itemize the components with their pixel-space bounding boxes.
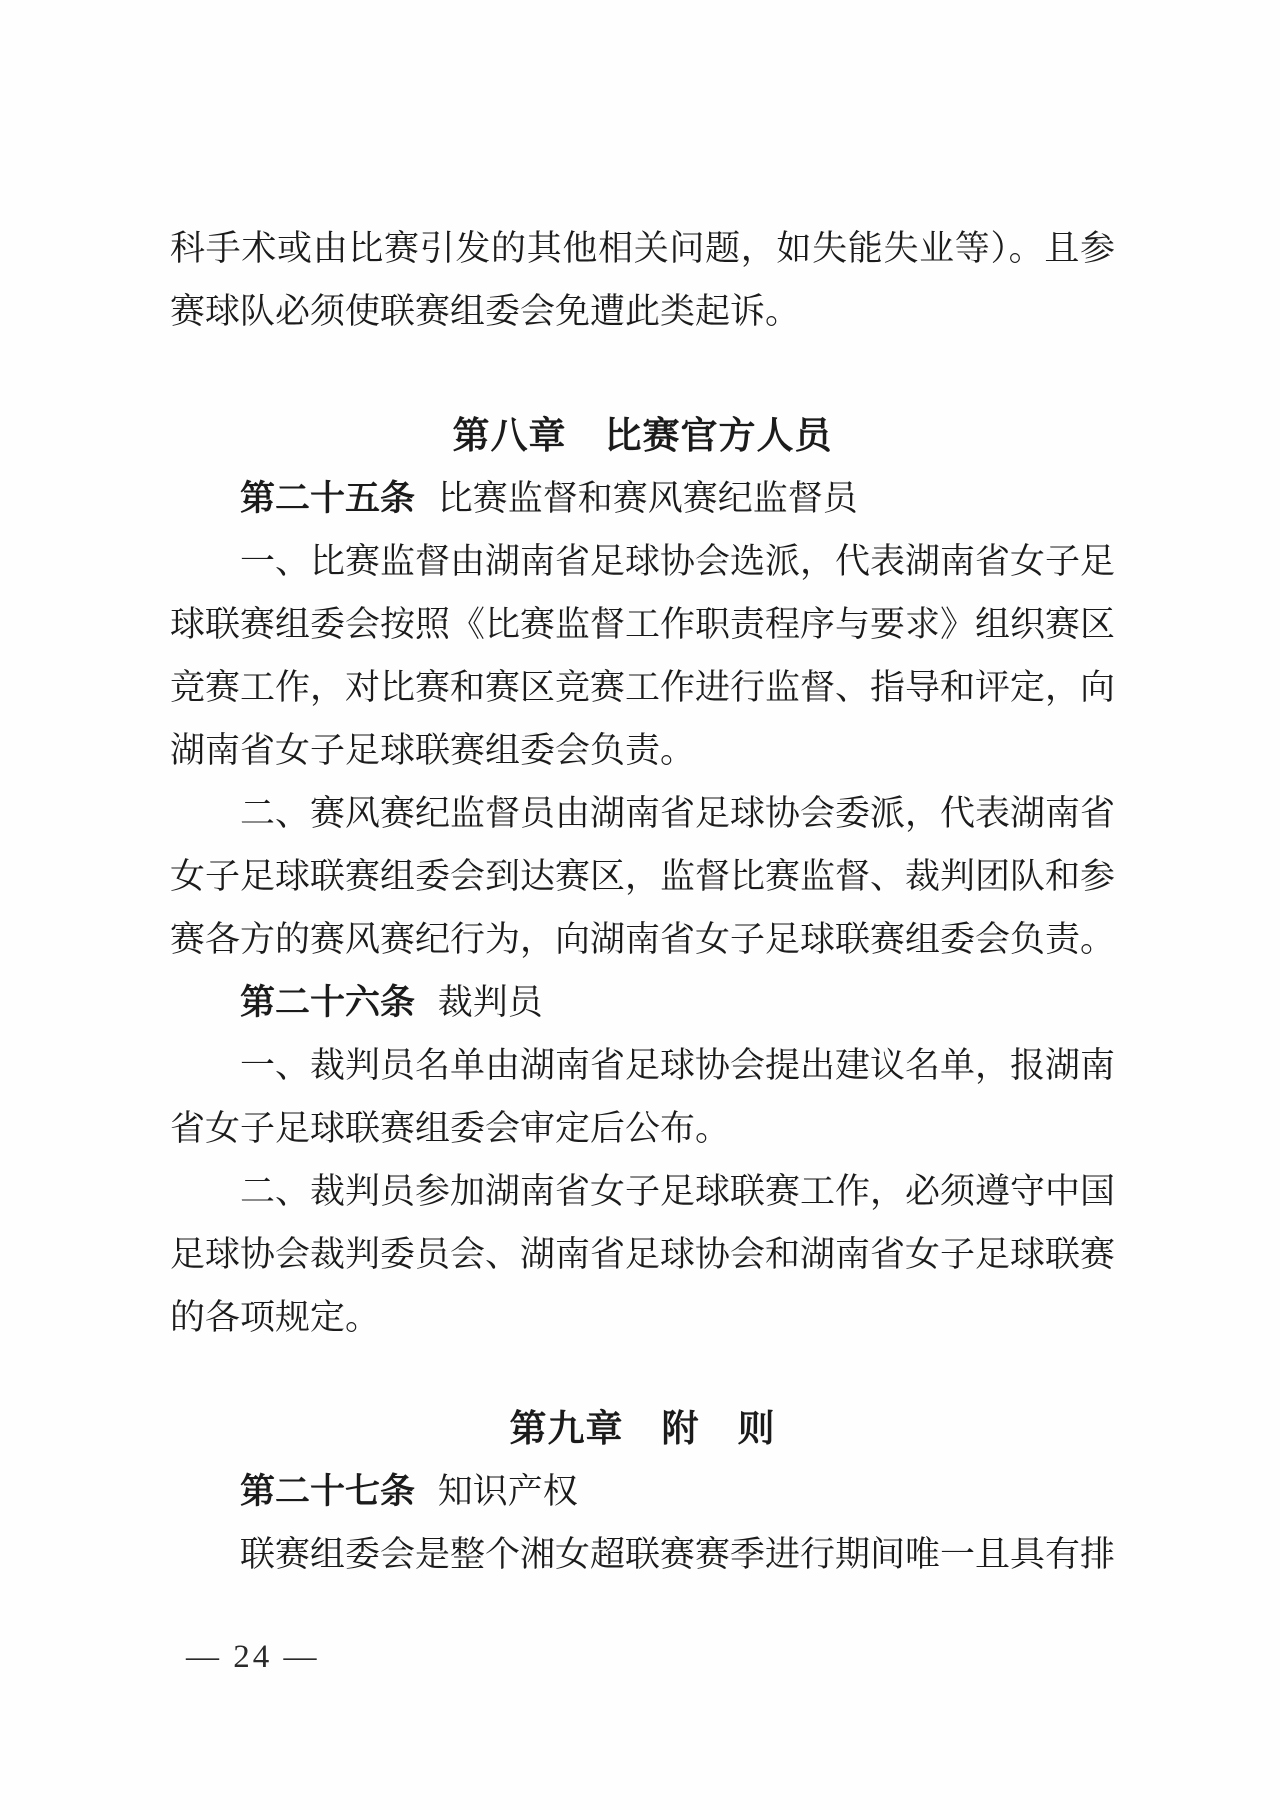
article-25-title: 比赛监督和赛风赛纪监督员 xyxy=(438,479,858,518)
article-26-clause-1: 一、裁判员名单由湖南省足球协会提出建议名单，报湖南省女子足球联赛组委会审定后公布… xyxy=(170,1034,1115,1160)
page-number: — 24 — xyxy=(186,1637,320,1677)
article-25-head: 第二十五条比赛监督和赛风赛纪监督员 xyxy=(170,467,1115,530)
article-25-number: 第二十五条 xyxy=(240,479,415,518)
article-27-clause-1: 联赛组委会是整个湘女超联赛赛季进行期间唯一且具有排 xyxy=(170,1523,1115,1586)
chapter-9-heading: 第九章 附 则 xyxy=(170,1397,1115,1460)
article-27-number: 第二十七条 xyxy=(240,1472,415,1511)
article-26-head: 第二十六条裁判员 xyxy=(170,971,1115,1034)
article-26-title: 裁判员 xyxy=(438,983,543,1022)
article-25-clause-1: 一、比赛监督由湖南省足球协会选派，代表湖南省女子足球联赛组委会按照《比赛监督工作… xyxy=(170,530,1115,782)
document-page: 科手术或由比赛引发的其他相关问题，如失能失业等）。且参赛球队必须使联赛组委会免遭… xyxy=(0,0,1280,1810)
article-26-clause-2: 二、裁判员参加湖南省女子足球联赛工作，必须遵守中国足球协会裁判委员会、湖南省足球… xyxy=(170,1160,1115,1349)
paragraph-continuation: 科手术或由比赛引发的其他相关问题，如失能失业等）。且参赛球队必须使联赛组委会免遭… xyxy=(170,217,1115,343)
article-25-clause-2: 二、赛风赛纪监督员由湖南省足球协会委派，代表湖南省女子足球联赛组委会到达赛区，监… xyxy=(170,782,1115,971)
page-content: 科手术或由比赛引发的其他相关问题，如失能失业等）。且参赛球队必须使联赛组委会免遭… xyxy=(0,0,1280,1586)
article-26-number: 第二十六条 xyxy=(240,983,415,1022)
chapter-8-heading: 第八章 比赛官方人员 xyxy=(170,404,1115,467)
article-27-head: 第二十七条知识产权 xyxy=(170,1460,1115,1523)
article-27-title: 知识产权 xyxy=(438,1472,578,1511)
